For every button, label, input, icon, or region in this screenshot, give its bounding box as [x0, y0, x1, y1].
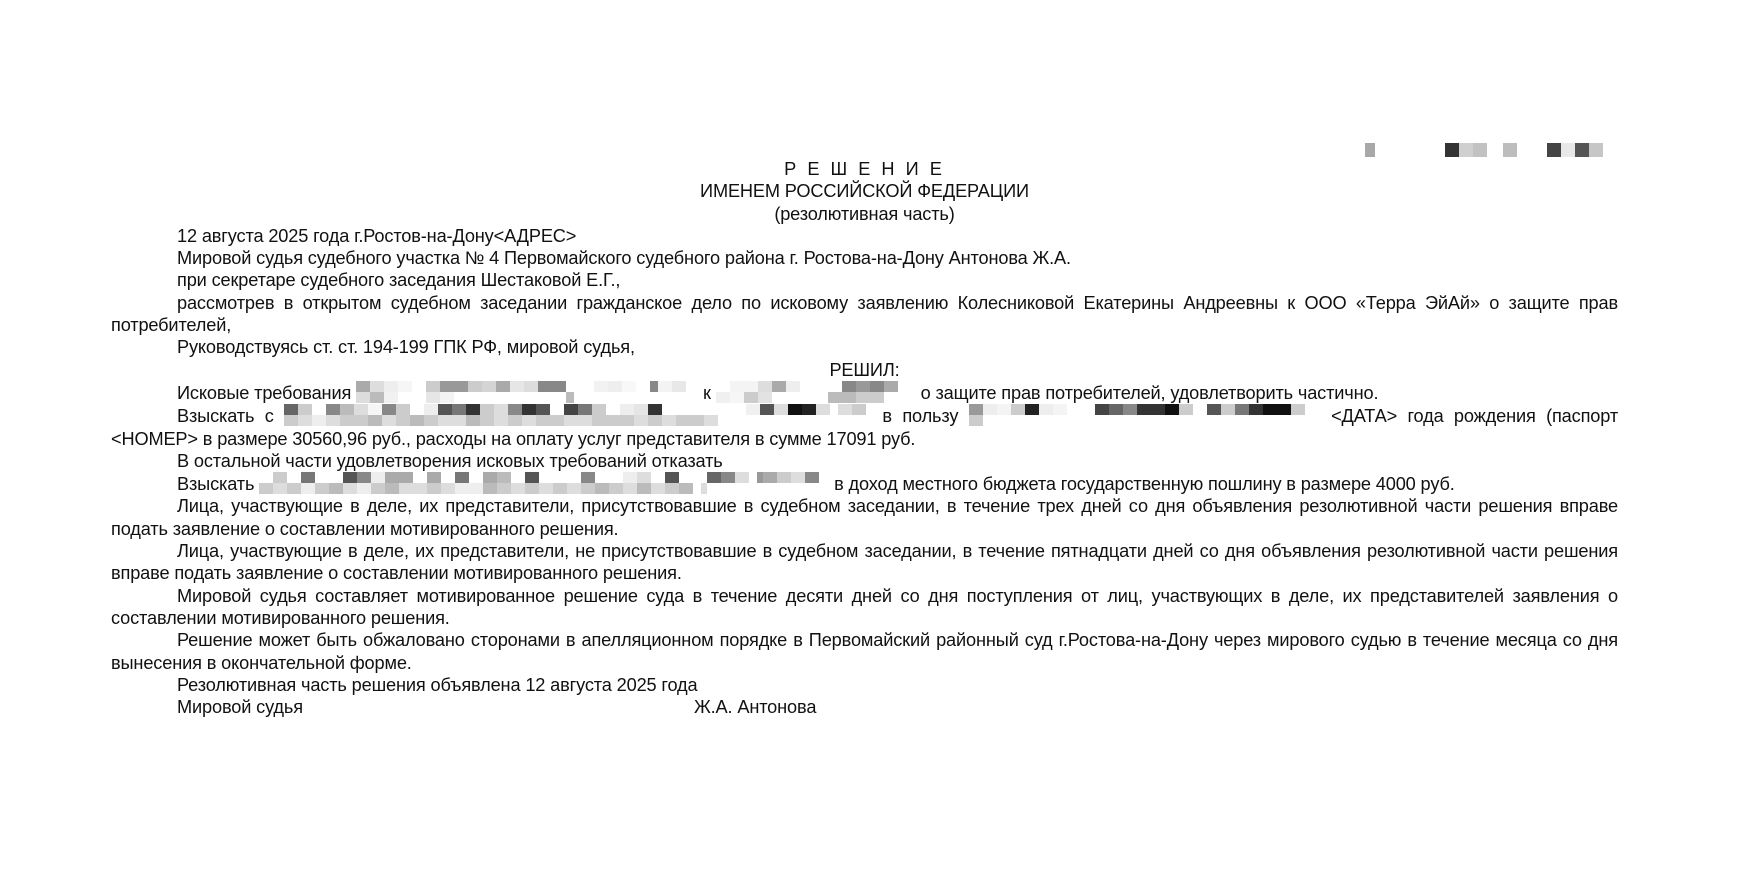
signature-label: Мировой судья [177, 696, 694, 718]
appeal-paragraph: Решение может быть обжаловано сторонами … [111, 629, 1618, 674]
redacted-fee-payer [259, 472, 829, 494]
recover-start-text: Взыскать с [177, 406, 274, 426]
redacted-creditor [969, 404, 1321, 426]
claims-start-text: Исковые требования [177, 383, 351, 403]
fee-paragraph: Взыскать в доход местного бюджета госуда… [111, 472, 1618, 495]
absent-parties-paragraph: Лица, участвующие в деле, их представите… [111, 540, 1618, 585]
date-place-line: 12 августа 2025 года г.Ростов-на-Дону<АД… [111, 225, 1618, 247]
recover-mid-text: в пользу [882, 406, 958, 426]
considering-paragraph: рассмотрев в открытом судебном заседании… [111, 292, 1618, 337]
document-subtitle: ИМЕНЕМ РОССИЙСКОЙ ФЕДЕРАЦИИ [111, 180, 1618, 202]
guided-paragraph: Руководствуясь ст. ст. 194-199 ГПК РФ, м… [111, 336, 1618, 358]
court-decision-document: Р Е Ш Е Н И Е ИМЕНЕМ РОССИЙСКОЙ ФЕДЕРАЦИ… [111, 158, 1618, 718]
recover-paragraph: Взыскать с в пользу <ДАТА> года рождения… [111, 404, 1618, 450]
redacted-debtor [284, 404, 872, 426]
document-subtitle-part: (резолютивная часть) [111, 203, 1618, 225]
secretary-line: при секретаре судебного заседания Шестак… [111, 269, 1618, 291]
decided-heading: РЕШИЛ: [111, 359, 1618, 381]
claims-k-text: к [703, 383, 711, 403]
motivated-decision-paragraph: Мировой судья составляет мотивированное … [111, 585, 1618, 630]
judge-line: Мировой судья судебного участка № 4 Перв… [111, 247, 1618, 269]
fee-start-text: Взыскать [177, 474, 254, 494]
announced-line: Резолютивная часть решения объявлена 12 … [111, 674, 1618, 696]
redacted-stamp [1365, 143, 1603, 157]
document-title: Р Е Ш Е Н И Е [111, 158, 1618, 180]
signature-name: Ж.А. Антонова [694, 696, 816, 718]
claims-end-text: о защите прав потребителей, удовлетворит… [921, 383, 1379, 403]
rest-denied-line: В остальной части удовлетворения исковых… [111, 450, 1618, 472]
redacted-defendant [716, 381, 916, 403]
fee-end-text: в доход местного бюджета государственную… [834, 474, 1455, 494]
present-parties-paragraph: Лица, участвующие в деле, их представите… [111, 495, 1618, 540]
claims-paragraph: Исковые требования к о защите прав потре… [111, 381, 1618, 404]
redacted-plaintiff [356, 381, 698, 403]
signature-row: Мировой судья Ж.А. Антонова [111, 696, 1618, 718]
